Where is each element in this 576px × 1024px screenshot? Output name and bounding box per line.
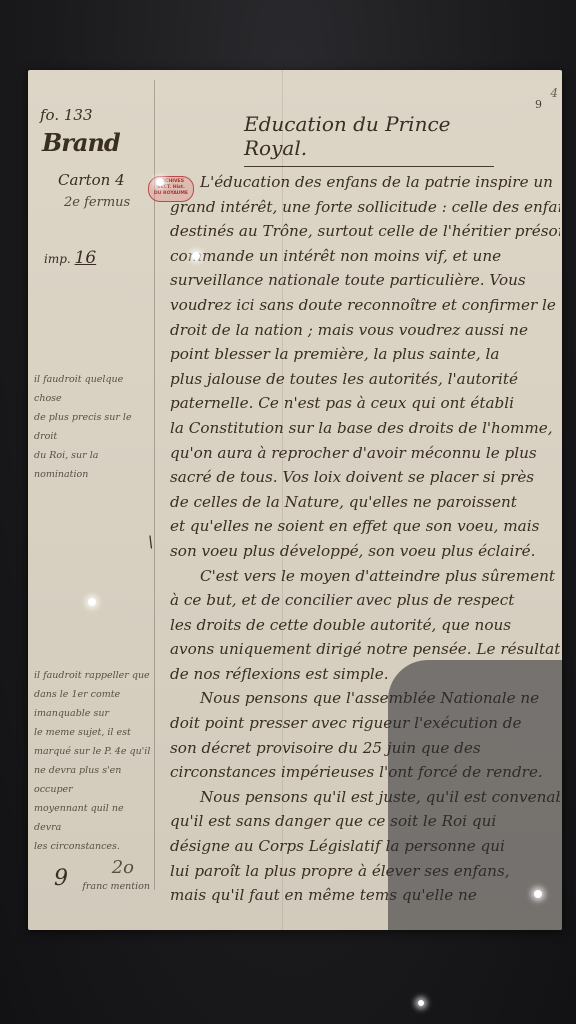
carton-sublabel: 2e fermus bbox=[64, 195, 154, 210]
note-line: ne devra plus s'en occuper bbox=[34, 761, 152, 799]
note-line: de plus precis sur le droit bbox=[34, 408, 152, 446]
manuscript-line: avons uniquement dirigé notre pensée. Le… bbox=[170, 637, 560, 662]
manuscript-line: la Constitution sur la base des droits d… bbox=[170, 416, 560, 441]
note-line: il faudroit rappeller que bbox=[34, 666, 152, 685]
manuscript-line: commande un intérêt non moins vif, et un… bbox=[170, 244, 560, 269]
note-number: 2o bbox=[34, 858, 152, 877]
note-line: dans le 1er comte imanquable sur bbox=[34, 685, 152, 723]
note-line: le meme sujet, il est bbox=[34, 723, 152, 742]
glare-spot bbox=[192, 252, 200, 260]
margin-header: fo. 133 Brand Carton 4 2e fermus imp. 16 bbox=[36, 106, 154, 268]
glare-spot bbox=[88, 598, 96, 606]
note-line: il faudroit quelque chose bbox=[34, 370, 152, 408]
glare-spot bbox=[156, 178, 164, 186]
corner-mark: 4 bbox=[550, 86, 558, 100]
margin-rule bbox=[154, 80, 155, 890]
glare-spot bbox=[534, 890, 542, 898]
manuscript-line: L'éducation des enfans de la patrie insp… bbox=[170, 170, 560, 195]
margin-note-2: il faudroit rappeller que dans le 1er co… bbox=[34, 666, 152, 896]
glare-spot bbox=[418, 1000, 424, 1006]
signature: Brand bbox=[42, 128, 154, 157]
manuscript-line: C'est vers le moyen d'atteindre plus sûr… bbox=[170, 564, 560, 589]
manuscript-line: son voeu plus développé, son voeu plus é… bbox=[170, 539, 560, 564]
page-number: 9 bbox=[535, 98, 542, 111]
impression-number: 16 bbox=[75, 248, 97, 268]
note-line: les circonstances. bbox=[34, 837, 152, 856]
folio-reference: fo. 133 bbox=[40, 106, 154, 124]
manuscript-line: point blesser la première, la plus saint… bbox=[170, 342, 560, 367]
manuscript-line: plus jalouse de toutes les autorités, l'… bbox=[170, 367, 560, 392]
impression-note: imp. 16 bbox=[44, 248, 154, 268]
margin-note-1: il faudroit quelque chose de plus precis… bbox=[34, 370, 152, 484]
note-tail: franc mention bbox=[34, 877, 152, 896]
manuscript-line: à ce but, et de concilier avec plus de r… bbox=[170, 588, 560, 613]
folio-number-bottom: 9 bbox=[54, 866, 68, 891]
manuscript-line: sacré de tous. Vos loix doivent se place… bbox=[170, 465, 560, 490]
manuscript-line: paternelle. Ce n'est pas à ceux qui ont … bbox=[170, 391, 560, 416]
manuscript-line: destinés au Trône, surtout celle de l'hé… bbox=[170, 219, 560, 244]
manuscript-line: voudrez ici sans doute reconnoître et co… bbox=[170, 293, 560, 318]
manuscript-line: surveillance nationale toute particulièr… bbox=[170, 268, 560, 293]
manuscript-line: et qu'elles ne soient en effet que son v… bbox=[170, 514, 560, 539]
note-line: marqué sur le P. 4e qu'il bbox=[34, 742, 152, 761]
manuscript-line: grand intérêt, une forte sollicitude : c… bbox=[170, 195, 560, 220]
manuscript-page: 4 9 Education du Prince Royal. fo. 133 B… bbox=[28, 70, 562, 930]
manuscript-line: droit de la nation ; mais vous voudrez a… bbox=[170, 318, 560, 343]
note-line: moyennant quil ne devra bbox=[34, 799, 152, 837]
document-title: Education du Prince Royal. bbox=[244, 112, 494, 167]
manuscript-line: les droits de cette double autorité, que… bbox=[170, 613, 560, 638]
manuscript-line: qu'on aura à reprocher d'avoir méconnu l… bbox=[170, 441, 560, 466]
impression-label: imp. bbox=[44, 252, 71, 266]
margin-mark: \ bbox=[148, 532, 153, 551]
carton-label: Carton 4 bbox=[58, 171, 154, 189]
manuscript-line: de celles de la Nature, qu'elles ne paro… bbox=[170, 490, 560, 515]
note-line: du Roi, sur la nomination bbox=[34, 446, 152, 484]
